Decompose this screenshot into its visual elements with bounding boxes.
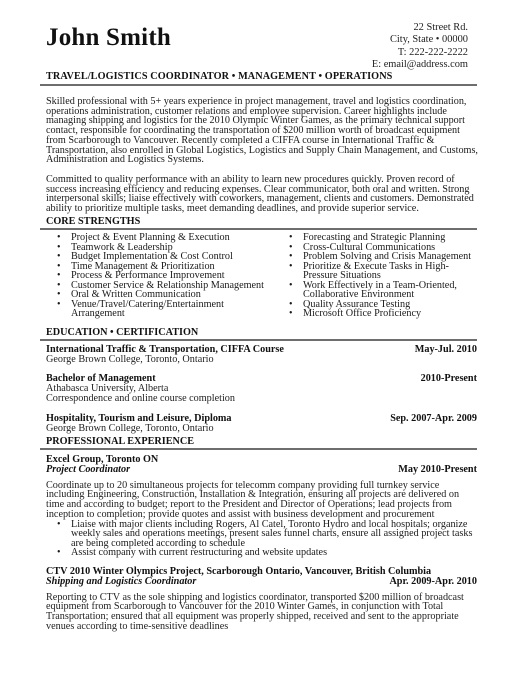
contact-email: E: email@address.com	[372, 59, 468, 71]
education-detail: George Brown College, Toronto, Ontario	[46, 424, 477, 434]
list-item: Work Effectively in a Team-Oriented, Col…	[278, 281, 483, 300]
job-entry: CTV 2010 Winter Olympics Project, Scarbo…	[46, 567, 477, 632]
education-date: Sep. 2007-Apr. 2009	[390, 414, 477, 424]
section-title-education: EDUCATION • CERTIFICATION	[46, 327, 198, 338]
list-item: Microsoft Office Proficiency	[278, 309, 483, 319]
core-strengths-divider	[40, 228, 477, 230]
list-item: Liaise with major clients including Roge…	[46, 520, 477, 549]
job-bullets: Liaise with major clients including Roge…	[46, 520, 477, 558]
strengths-list-right: Forecasting and Strategic PlanningCross-…	[278, 233, 483, 319]
candidate-name: John Smith	[46, 24, 171, 52]
contact-block: 22 Street Rd. City, State • 00000 T: 222…	[372, 22, 468, 72]
list-item: Assist company with current restructurin…	[46, 548, 477, 558]
list-item: Venue/Travel/Catering/Entertainment Arra…	[46, 300, 276, 319]
job-date: May 2010-Present	[398, 465, 477, 475]
education-entry: Hospitality, Tourism and Leisure, Diplom…	[46, 414, 477, 434]
education-divider	[40, 339, 477, 341]
job-description: Coordinate up to 20 simultaneous project…	[46, 481, 477, 520]
experience-divider	[40, 448, 477, 450]
education-date: May-Jul. 2010	[415, 345, 477, 355]
education-entry: International Traffic & Transportation, …	[46, 345, 477, 365]
professional-tagline: TRAVEL/LOGISTICS COORDINATOR • MANAGEMEN…	[46, 71, 392, 82]
job-entry: Excel Group, Toronto ON Project Coordina…	[46, 455, 477, 558]
education-detail: George Brown College, Toronto, Ontario	[46, 355, 477, 365]
job-description: Reporting to CTV as the sole shipping an…	[46, 593, 477, 632]
strengths-list-left: Project & Event Planning & ExecutionTeam…	[46, 233, 276, 319]
contact-phone: T: 222-222-2222	[372, 47, 468, 59]
list-item: Prioritize & Execute Tasks in High-Press…	[278, 262, 483, 281]
education-date: 2010-Present	[421, 374, 477, 384]
header-divider	[40, 84, 477, 86]
contact-street: 22 Street Rd.	[372, 22, 468, 34]
education-detail: Correspondence and online course complet…	[46, 394, 477, 404]
job-date: Apr. 2009-Apr. 2010	[389, 577, 477, 587]
summary-paragraph-1: Skilled professional with 5+ years exper…	[46, 97, 478, 165]
resume-page: John Smith 22 Street Rd. City, State • 0…	[0, 0, 525, 679]
summary-paragraph-2: Committed to quality performance with an…	[46, 175, 478, 214]
education-entry: Bachelor of Management2010-PresentAthaba…	[46, 374, 477, 403]
section-title-experience: PROFESSIONAL EXPERIENCE	[46, 436, 194, 447]
section-title-core-strengths: CORE STRENGTHS	[46, 216, 140, 227]
contact-city-state: City, State • 00000	[372, 34, 468, 46]
